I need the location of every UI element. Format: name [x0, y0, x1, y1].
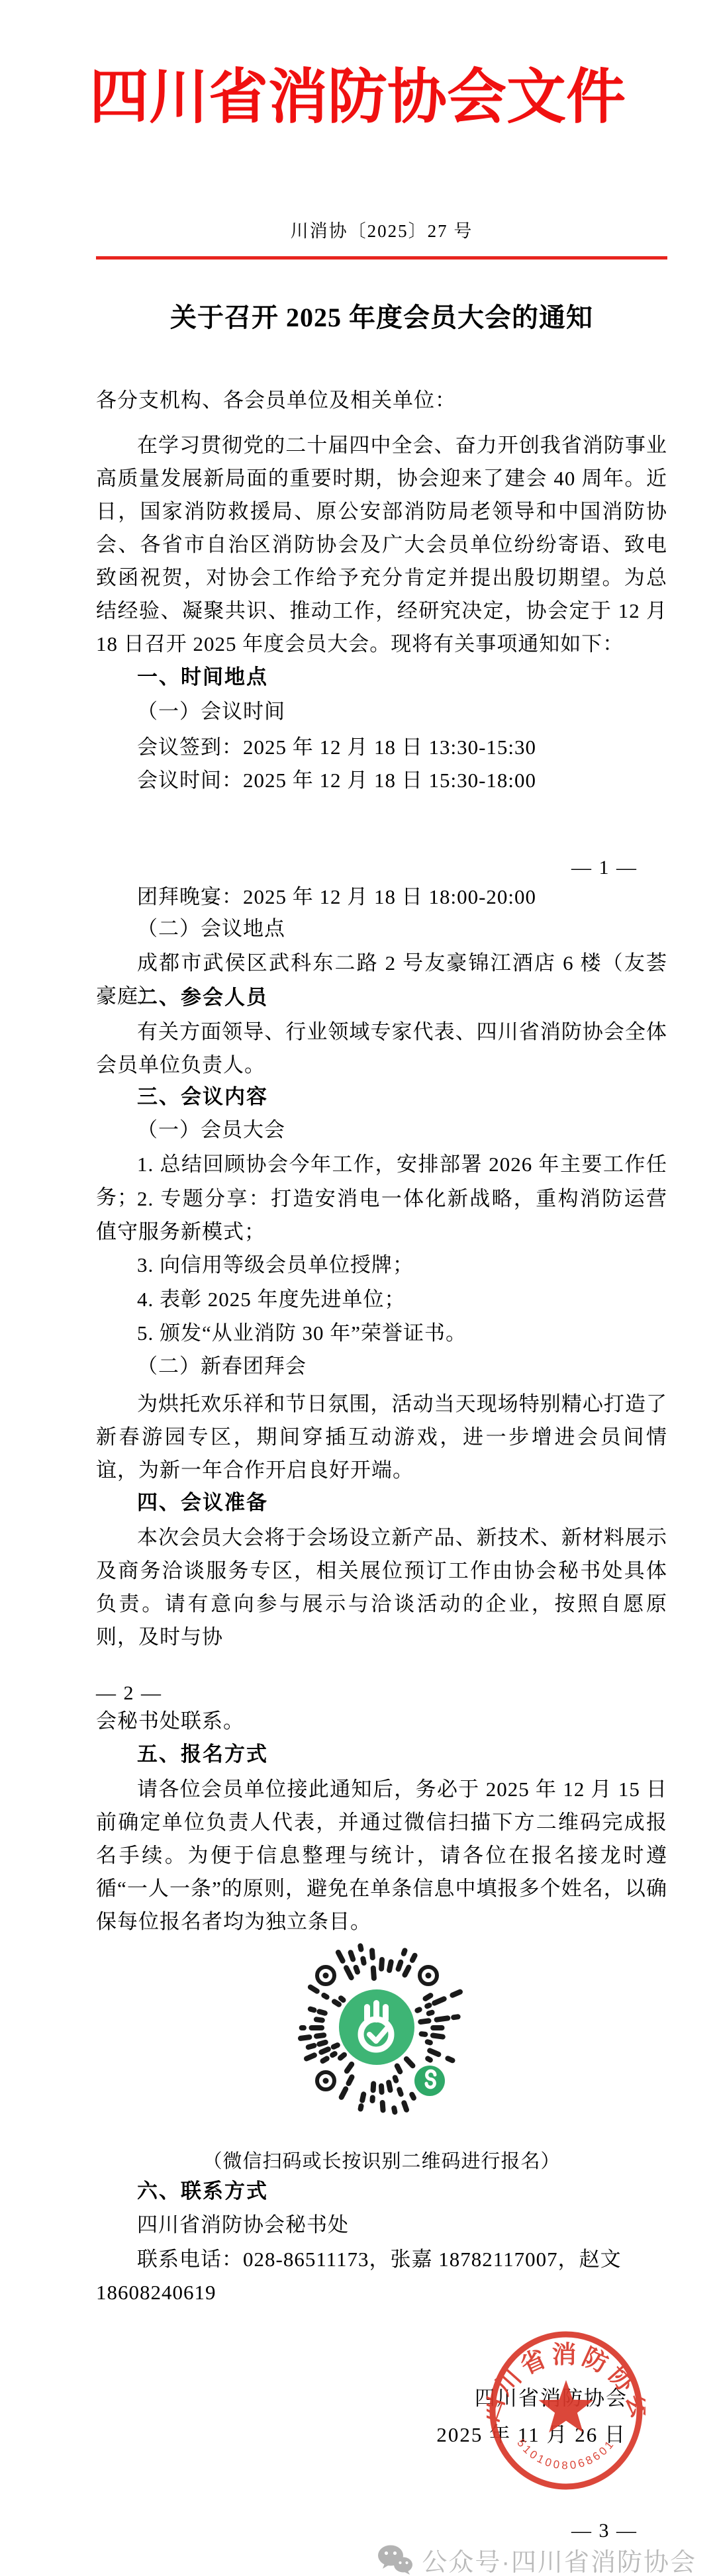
section1-sub2: （二）会议地点: [96, 912, 667, 945]
spring-paragraph: 为烘托欢乐祥和节日氛围，活动当天现场特别精心打造了新春游园专区，期间穿插互动游戏…: [96, 1388, 667, 1487]
section4-heading: 四、会议准备: [96, 1486, 667, 1519]
signature-date: 2025 年 11 月 26 日: [96, 2418, 667, 2452]
contact-org-line: 四川省消防协会秘书处: [96, 2209, 667, 2242]
signup-paragraph: 请各位会员单位接此通知后，务必于 2025 年 12 月 15 日前确定单位负责…: [96, 1773, 667, 1938]
agenda-item: 4. 表彰 2025 年度先进单位；: [96, 1283, 667, 1316]
section3-sub1: （一）会员大会: [96, 1114, 667, 1147]
letterhead-rule: [96, 256, 667, 260]
signup-qr-code[interactable]: [295, 1942, 467, 2115]
page-number-1: — 1 —: [96, 851, 667, 884]
public-account-watermark: 公众号·四川省消防协会: [377, 2542, 696, 2576]
section5-heading: 五、报名方式: [96, 1738, 667, 1771]
document-page: 四川省消防协会文件 川消协〔2025〕27 号 关于召开 2025 年度会员大会…: [0, 0, 715, 2576]
qr-code-graphic: [295, 1942, 467, 2115]
contact-phone-line: 联系电话：028-86511173，张嘉 18782117007，赵文 1860…: [96, 2243, 667, 2309]
signin-time-line: 会议签到：2025 年 12 月 18 日 13:30-15:30: [96, 731, 667, 764]
prep-paragraph-b: 会秘书处联系。: [96, 1705, 667, 1738]
watermark-text: 公众号·四川省消防协会: [422, 2542, 696, 2576]
section3-heading: 三、会议内容: [96, 1080, 667, 1114]
agenda-item: 5. 颁发“从业消防 30 年”荣誉证书。: [96, 1317, 667, 1350]
section3-sub2: （二）新春团拜会: [96, 1350, 667, 1383]
document-number: 川消协〔2025〕27 号: [96, 220, 667, 242]
dinner-time-line: 团拜晚宴：2025 年 12 月 18 日 18:00-20:00: [96, 881, 667, 914]
agenda-item: 3. 向信用等级会员单位授牌；: [96, 1249, 667, 1282]
prep-paragraph-a: 本次会员大会将于会场设立新产品、新技术、新材料展示及商务洽谈服务专区，相关展位预…: [96, 1521, 667, 1654]
section1-sub1: （一）会议时间: [96, 695, 667, 728]
section2-heading: 二、参会人员: [96, 981, 667, 1014]
section6-heading: 六、联系方式: [96, 2175, 667, 2208]
section1-heading: 一、时间地点: [96, 661, 667, 694]
wechat-icon: [377, 2544, 414, 2575]
intro-paragraph: 在学习贯彻党的二十届四中全会、奋力开创我省消防事业高质量发展新局面的重要时期，协…: [96, 429, 667, 661]
miniprogram-s-icon: [414, 2066, 445, 2096]
salutation: 各分支机构、各会员单位及相关单位：: [96, 384, 667, 417]
signer-name: 四川省消防协会: [96, 2382, 667, 2415]
document-content: 川消协〔2025〕27 号 关于召开 2025 年度会员大会的通知 各分支机构、…: [96, 0, 667, 2576]
agenda-item: 2. 专题分享：打造安消电一体化新战略，重构消防运营值守服务新模式；: [96, 1182, 667, 1249]
qr-caption: （微信扫码或长按识别二维码进行报名）: [96, 2145, 667, 2178]
meeting-time-line: 会议时间：2025 年 12 月 18 日 15:30-18:00: [96, 764, 667, 797]
notice-title: 关于召开 2025 年度会员大会的通知: [96, 298, 667, 338]
attendees-paragraph: 有关方面领导、行业领域专家代表、四川省消防协会全体会员单位负责人。: [96, 1016, 667, 1082]
hand-check-icon: [339, 1989, 414, 2065]
